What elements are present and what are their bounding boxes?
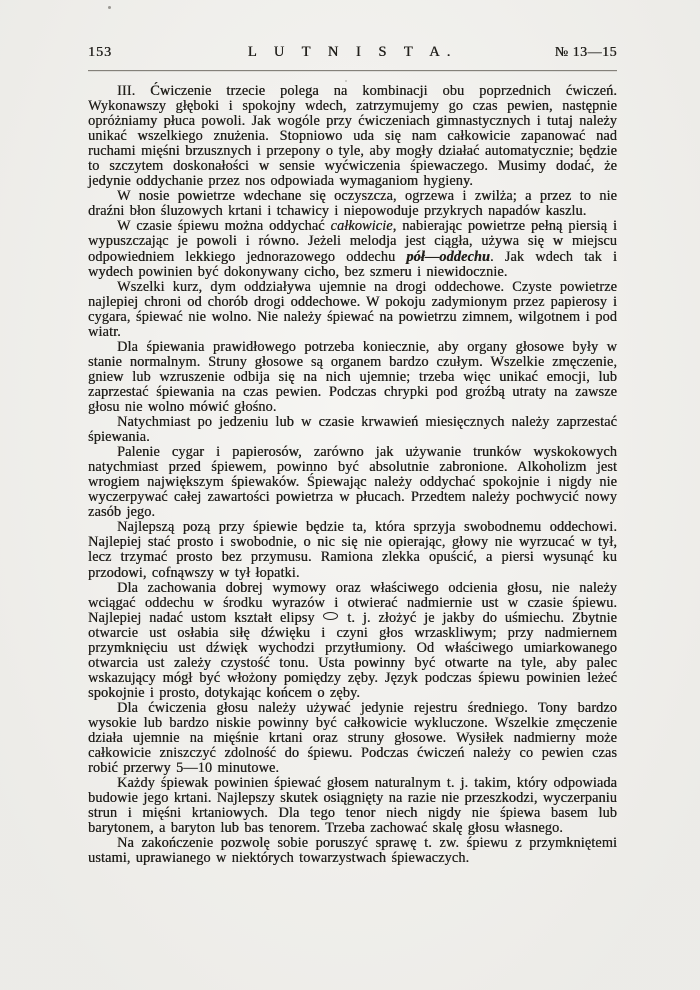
issue-number: № 13—15 bbox=[507, 45, 617, 61]
paragraph: Natychmiast po jedzeniu lub w czasie krw… bbox=[88, 415, 617, 445]
text-run: Najlepszą pozą przy śpiewie będzie ta, k… bbox=[88, 519, 617, 580]
page-number: 153 bbox=[88, 45, 198, 61]
text-run: Wszelki kurz, dym oddziaływa ujemnie na … bbox=[88, 279, 617, 340]
paragraph: Najlepszą pozą przy śpiewie będzie ta, k… bbox=[88, 520, 617, 580]
paragraph: W nosie powietrze wdechane się oczyszcza… bbox=[88, 189, 617, 219]
paragraph: III. Ćwiczenie trzecie polega na kombina… bbox=[88, 84, 617, 189]
text-run: Dla śpiewania prawidłowego potrzeba koni… bbox=[88, 339, 617, 415]
paragraph: Palenie cygar i papierosów, zarówno jak … bbox=[88, 445, 617, 520]
text-run: Natychmiast po jedzeniu lub w czasie krw… bbox=[88, 414, 617, 445]
text-run: całkowicie bbox=[331, 218, 393, 234]
header-rule bbox=[88, 70, 617, 71]
text-run: Palenie cygar i papierosów, zarówno jak … bbox=[88, 444, 617, 520]
text-run: Dla ćwiczenia głosu należy używać jedyni… bbox=[88, 700, 617, 776]
paragraph: Dla zachowania dobrej wymowy oraz właści… bbox=[88, 581, 617, 701]
scan-speck bbox=[345, 80, 347, 82]
paragraph: W czasie śpiewu można oddychać całkowici… bbox=[88, 219, 617, 279]
text-run: Na zakończenie pozwolę sobie poruszyć sp… bbox=[88, 835, 617, 866]
publication-title: L U T N I S T A. bbox=[198, 44, 507, 61]
text-run: W nosie powietrze wdechane się oczyszcza… bbox=[88, 188, 617, 219]
scanned-page: 153 L U T N I S T A. № 13—15 III. Ćwicze… bbox=[0, 0, 700, 990]
masthead: 153 L U T N I S T A. № 13—15 bbox=[88, 44, 617, 61]
article: III. Ćwiczenie trzecie polega na kombina… bbox=[88, 84, 617, 866]
text-run: Każdy śpiewak powinien śpiewać głosem na… bbox=[88, 775, 617, 836]
paragraph: Dla ćwiczenia głosu należy używać jedyni… bbox=[88, 701, 617, 776]
text-run: III. Ćwiczenie trzecie polega na kombina… bbox=[88, 83, 617, 189]
paragraph: Na zakończenie pozwolę sobie poruszyć sp… bbox=[88, 836, 617, 866]
paragraph: Dla śpiewania prawidłowego potrzeba koni… bbox=[88, 340, 617, 415]
paragraph: Każdy śpiewak powinien śpiewać głosem na… bbox=[88, 776, 617, 836]
text-run: W czasie śpiewu można oddychać bbox=[117, 218, 331, 234]
ellipse-glyph bbox=[323, 612, 338, 620]
text-run: pół—oddechu bbox=[406, 249, 490, 265]
scan-speck bbox=[108, 6, 111, 9]
paragraph: Wszelki kurz, dym oddziaływa ujemnie na … bbox=[88, 280, 617, 340]
